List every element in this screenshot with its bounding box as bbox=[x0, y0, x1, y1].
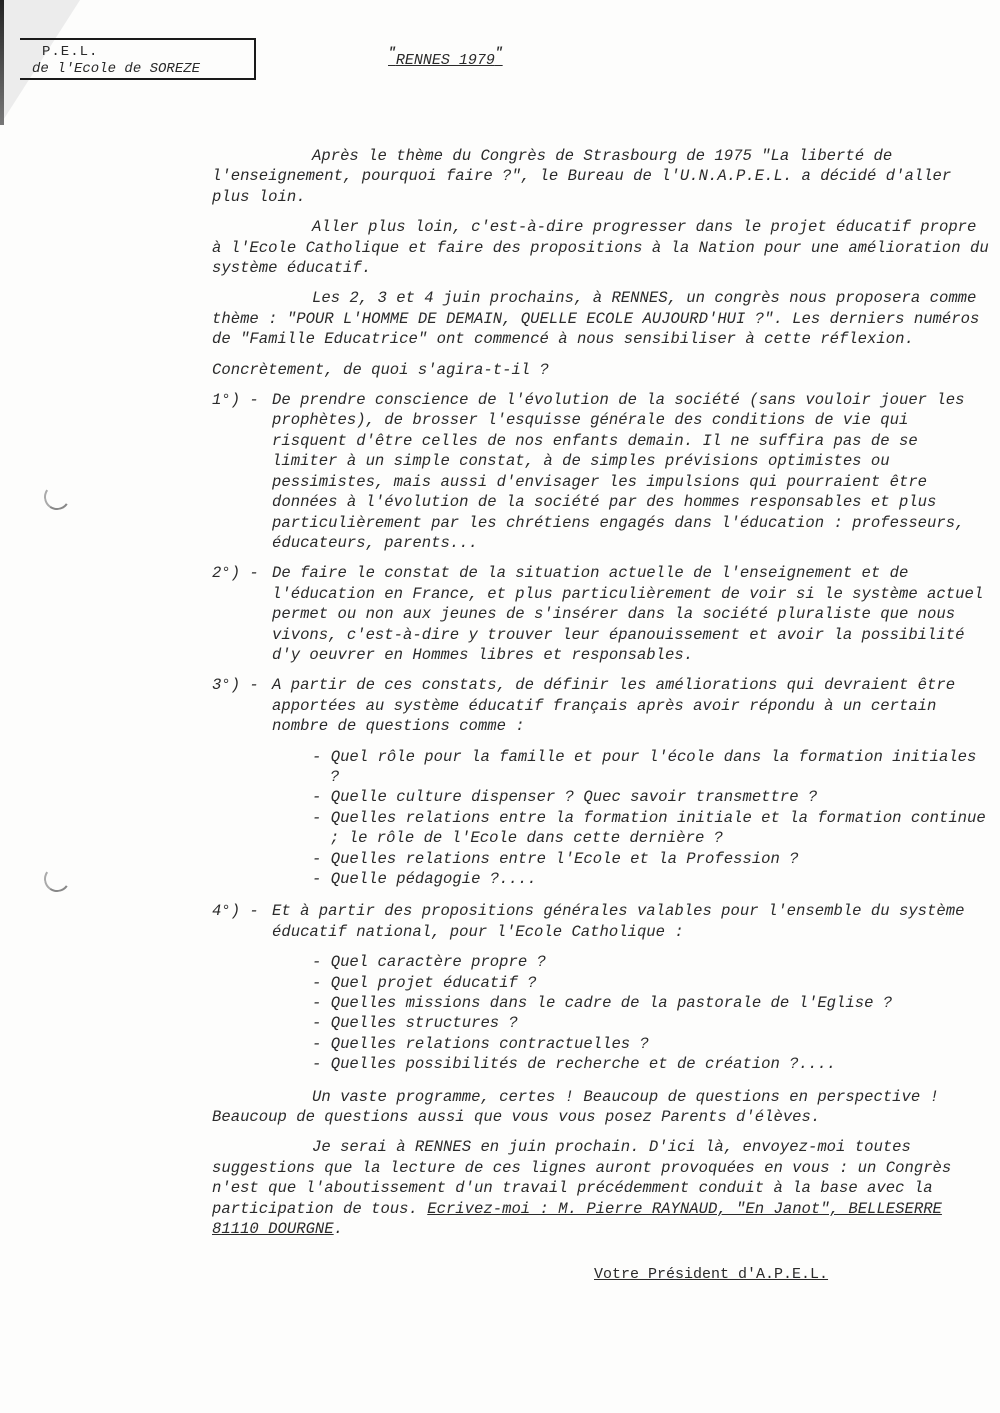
organization-box: P.E.L. de l'Ecole de SOREZE bbox=[20, 38, 256, 80]
item-number: 2°) - bbox=[212, 563, 272, 665]
sub-question-list: - Quel caractère propre ? - Quel projet … bbox=[312, 952, 992, 1074]
sub-question: - Quelles relations entre la formation i… bbox=[312, 808, 992, 849]
item-text: A partir de ces constats, de définir les… bbox=[272, 675, 992, 736]
sub-question: - Quelles missions dans le cadre de la p… bbox=[312, 993, 992, 1013]
sub-question: - Quelles relations contractuelles ? bbox=[312, 1034, 992, 1054]
item-number: 1°) - bbox=[212, 390, 272, 553]
sub-question-list: - Quel rôle pour la famille et pour l'éc… bbox=[312, 747, 992, 890]
letter-body: Après le thème du Congrès de Strasbourg … bbox=[212, 146, 992, 1250]
punch-hole-icon bbox=[42, 482, 72, 512]
list-item: 1°) - De prendre conscience de l'évoluti… bbox=[212, 390, 992, 553]
sub-question: - Quelles structures ? bbox=[312, 1013, 992, 1033]
item-number: 3°) - bbox=[212, 675, 272, 736]
paragraph: Aller plus loin, c'est-à-dire progresser… bbox=[212, 217, 992, 278]
punch-hole-icon bbox=[42, 864, 72, 894]
sub-question: - Quelles relations entre l'Ecole et la … bbox=[312, 849, 992, 869]
list-item: 3°) - A partir de ces constats, de défin… bbox=[212, 675, 992, 736]
sub-question: - Quel rôle pour la famille et pour l'éc… bbox=[312, 747, 992, 788]
closing-period: . bbox=[334, 1220, 343, 1238]
sub-question: - Quelle pédagogie ?.... bbox=[312, 869, 992, 889]
sub-question: - Quel projet éducatif ? bbox=[312, 973, 992, 993]
sub-question: - Quelle culture dispenser ? Quec savoir… bbox=[312, 787, 992, 807]
list-item: 2°) - De faire le constat de la situatio… bbox=[212, 563, 992, 665]
list-item: 4°) - Et à partir des propositions génér… bbox=[212, 901, 992, 942]
closing-paragraph: Un vaste programme, certes ! Beaucoup de… bbox=[212, 1087, 992, 1128]
document-page: P.E.L. de l'Ecole de SOREZE "RENNES 1979… bbox=[0, 0, 1000, 1413]
sub-question: - Quel caractère propre ? bbox=[312, 952, 992, 972]
closing-paragraph: Je serai à RENNES en juin prochain. D'ic… bbox=[212, 1137, 992, 1239]
page-edge bbox=[0, 0, 4, 125]
paragraph: Après le thème du Congrès de Strasbourg … bbox=[212, 146, 992, 207]
org-line-2: de l'Ecole de SOREZE bbox=[20, 61, 254, 78]
item-text: De faire le constat de la situation actu… bbox=[272, 563, 992, 665]
item-text: De prendre conscience de l'évolution de … bbox=[272, 390, 992, 553]
title-text: RENNES 1979 bbox=[396, 52, 495, 69]
signature: Votre Président d'A.P.E.L. bbox=[594, 1266, 828, 1283]
item-text: Et à partir des propositions générales v… bbox=[272, 901, 992, 942]
document-title: "RENNES 1979" bbox=[388, 52, 503, 69]
org-line-1: P.E.L. bbox=[20, 44, 254, 61]
question-line: Concrètement, de quoi s'agira-t-il ? bbox=[212, 360, 992, 380]
item-number: 4°) - bbox=[212, 901, 272, 942]
sub-question: - Quelles possibilités de recherche et d… bbox=[312, 1054, 992, 1074]
paragraph: Les 2, 3 et 4 juin prochains, à RENNES, … bbox=[212, 288, 992, 349]
